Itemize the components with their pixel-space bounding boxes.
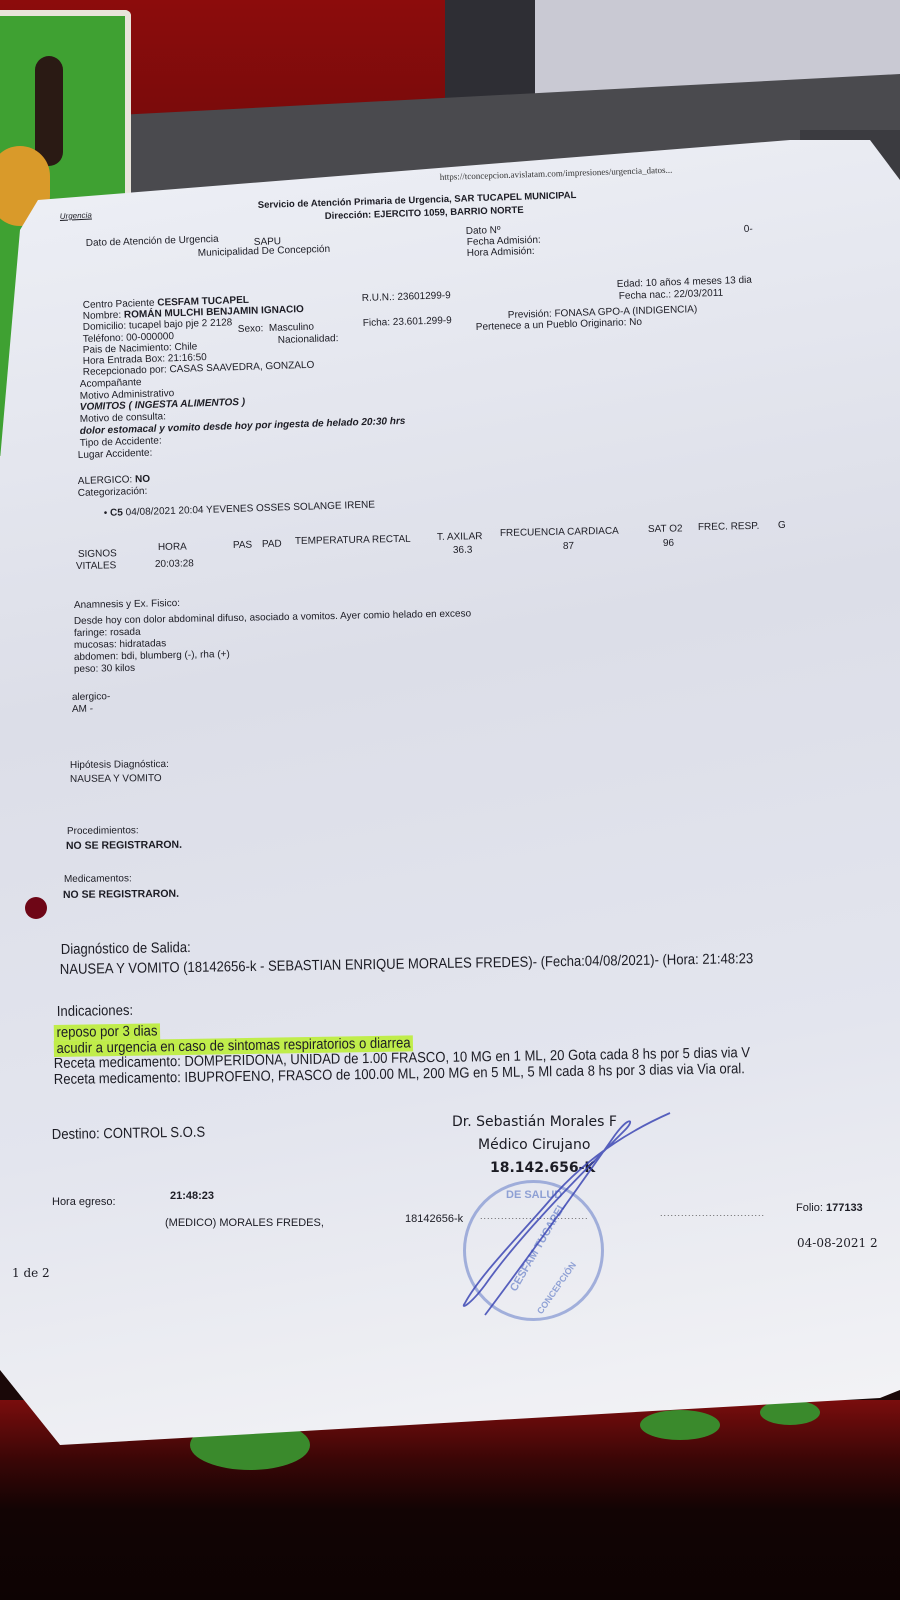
print-url: https://tconcepcion.avislatam.com/impres… <box>440 165 673 182</box>
lugar-accidente: Lugar Accidente: <box>78 448 153 461</box>
fecha-nacimiento: Fecha nac.: 22/03/2011 <box>619 288 724 302</box>
vitals-header-temp-rectal: TEMPERATURA RECTAL <box>295 534 411 547</box>
vitals-header-pad: PAD <box>262 539 282 550</box>
nacionalidad: Nacionalidad: <box>278 333 339 346</box>
acompanante: Acompañante <box>80 377 142 390</box>
vitals-header-t-axilar: T. AXILAR <box>437 531 483 543</box>
vitals-header-sat: SAT O2 <box>648 523 683 535</box>
attention-label: Dato de Atención de Urgencia <box>86 234 219 249</box>
municipality-label: Municipalidad De Concepción <box>198 244 331 259</box>
pueblo-originario: Pertenece a un Pueblo Originario: No <box>476 317 642 333</box>
categorizacion-entry: • C5 04/08/2021 20:04 YEVENES OSSES SOLA… <box>104 499 375 519</box>
vitals-header-fc: FRECUENCIA CARDIACA <box>500 526 619 539</box>
vitals-hora-value: 20:03:28 <box>155 558 194 570</box>
anamnesis-line: abdomen: bdi, blumberg (-), rha (+) <box>74 649 230 663</box>
procedimientos-label: Procedimientos: <box>67 825 139 837</box>
hora-egreso-value: 21:48:23 <box>170 1190 214 1202</box>
anamnesis-label: Anamnesis y Ex. Fisico: <box>74 598 180 611</box>
medicamentos-label: Medicamentos: <box>64 873 132 885</box>
indicaciones-label: Indicaciones: <box>57 1003 133 1020</box>
urgency-report: https://tconcepcion.avislatam.com/impres… <box>0 0 900 1600</box>
hora-egreso-label: Hora egreso: <box>52 1196 116 1208</box>
dato-n-value: 0- <box>744 224 753 235</box>
anamnesis-line: Desde hoy con dolor abdominal difuso, as… <box>74 608 471 627</box>
diagnostico-salida-label: Diagnóstico de Salida: <box>61 940 191 958</box>
categorizacion-label: Categorización: <box>78 486 148 499</box>
anamnesis-alergico: alergico- <box>72 691 111 703</box>
indicacion-line: reposo por 3 dias <box>54 1023 160 1041</box>
hipotesis-value: NAUSEA Y VOMITO <box>70 773 162 785</box>
destino: Destino: CONTROL S.O.S <box>52 1125 205 1143</box>
sexo: Sexo: Masculino <box>238 322 314 335</box>
hipotesis-label: Hipótesis Diagnóstica: <box>70 759 169 771</box>
signos-label-1: SIGNOS <box>78 548 117 560</box>
vitals-header-pas: PAS <box>233 540 252 551</box>
medico-name: (MEDICO) MORALES FREDES, <box>165 1217 324 1229</box>
vitals-header-fr: FREC. RESP. <box>698 521 760 533</box>
vitals-fc-value: 87 <box>563 541 574 552</box>
anamnesis-am: AM - <box>72 704 93 715</box>
run: R.U.N.: 23601299-9 <box>362 290 451 304</box>
hora-admision-label: Hora Admisión: <box>467 246 535 259</box>
corner-label: Urgencia <box>60 211 92 221</box>
alergico: ALERGICO: NO <box>78 474 151 487</box>
signos-label-2: VITALES <box>76 560 117 572</box>
medicamentos-value: NO SE REGISTRARON. <box>63 888 179 901</box>
anamnesis-line: faringe: rosada <box>74 627 141 639</box>
page-indicator: 1 de 2 <box>12 1266 50 1280</box>
procedimientos-value: NO SE REGISTRARON. <box>66 839 182 852</box>
vitals-t-axilar-value: 36.3 <box>453 545 473 556</box>
vitals-header-hora: HORA <box>158 541 187 553</box>
edad: Edad: 10 años 4 meses 13 dia <box>617 275 752 290</box>
folio: Folio: 177133 <box>796 1202 863 1214</box>
ficha: Ficha: 23.601.299-9 <box>363 315 452 329</box>
print-date: 04-08-2021 2 <box>797 1236 878 1250</box>
vitals-header-g: G <box>778 520 786 531</box>
vitals-sat-value: 96 <box>663 538 674 549</box>
anamnesis-line: peso: 30 kilos <box>74 663 135 675</box>
red-mark <box>25 897 47 919</box>
doctor-signature <box>440 1105 690 1320</box>
anamnesis-line: mucosas: hidratadas <box>74 638 166 651</box>
